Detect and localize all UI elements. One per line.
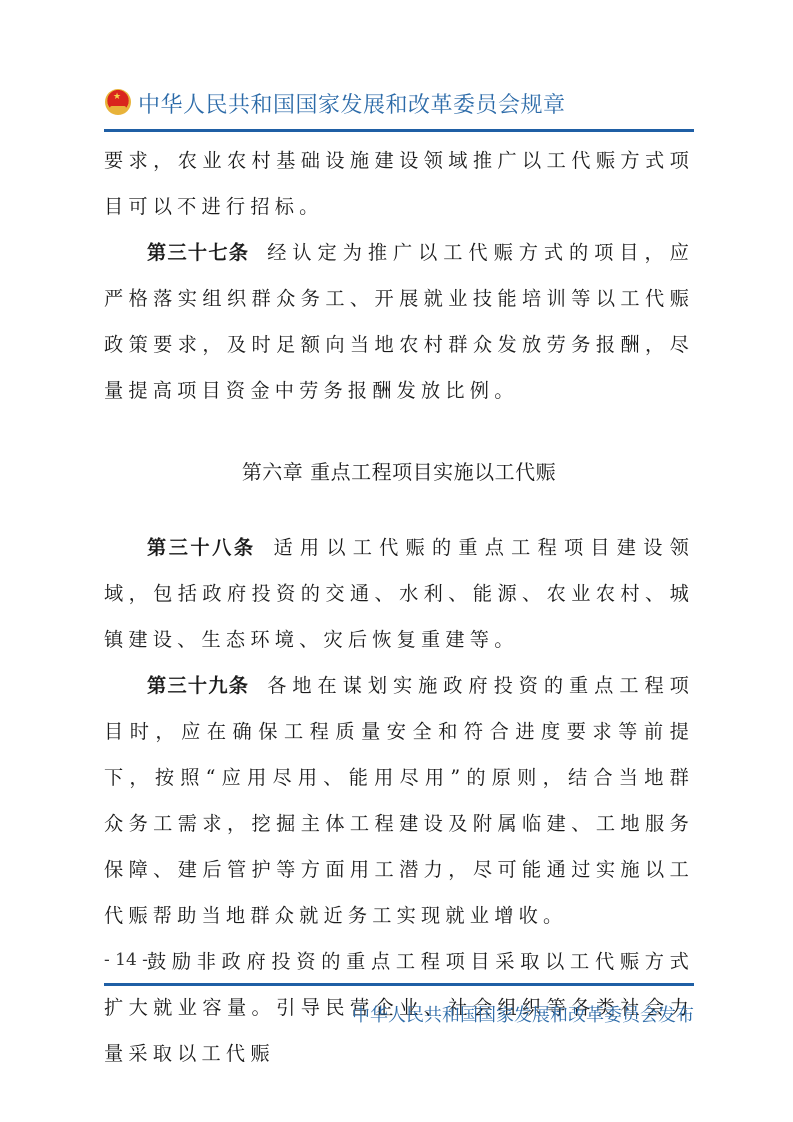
publisher-footer: 中华人民共和国国家发展和改革委员会发布 — [352, 1001, 694, 1027]
footer-divider — [104, 983, 694, 986]
document-body: 要求，农业农村基础设施建设领域推广以工代赈方式项目可以不进行招标。 第三十七条经… — [104, 138, 694, 1077]
article-label: 第三十八条 — [147, 536, 256, 559]
page-number: - 14 - — [104, 950, 148, 970]
header-divider — [104, 129, 694, 132]
paragraph-continued: 要求，农业农村基础设施建设领域推广以工代赈方式项目可以不进行招标。 — [104, 138, 694, 230]
national-emblem-icon: ★ — [104, 89, 132, 117]
article-text: 经认定为推广以工代赈方式的项目，应严格落实组织群众务工、开展就业技能培训等以工代… — [104, 241, 694, 402]
article-39: 第三十九条各地在谋划实施政府投资的重点工程项目时，应在确保工程质量安全和符合进度… — [104, 663, 694, 939]
article-37: 第三十七条经认定为推广以工代赈方式的项目，应严格落实组织群众务工、开展就业技能培… — [104, 230, 694, 414]
article-label: 第三十九条 — [147, 674, 249, 697]
article-label: 第三十七条 — [147, 241, 249, 264]
chapter-title: 第六章 重点工程项目实施以工代赈 — [104, 456, 694, 485]
header-title: 中华人民共和国国家发展和改革委员会规章 — [138, 88, 566, 119]
article-text: 各地在谋划实施政府投资的重点工程项目时，应在确保工程质量安全和符合进度要求等前提… — [104, 674, 694, 927]
article-38: 第三十八条适用以工代赈的重点工程项目建设领域，包括政府投资的交通、水利、能源、农… — [104, 525, 694, 663]
page-header: ★ 中华人民共和国国家发展和改革委员会规章 — [104, 86, 566, 120]
